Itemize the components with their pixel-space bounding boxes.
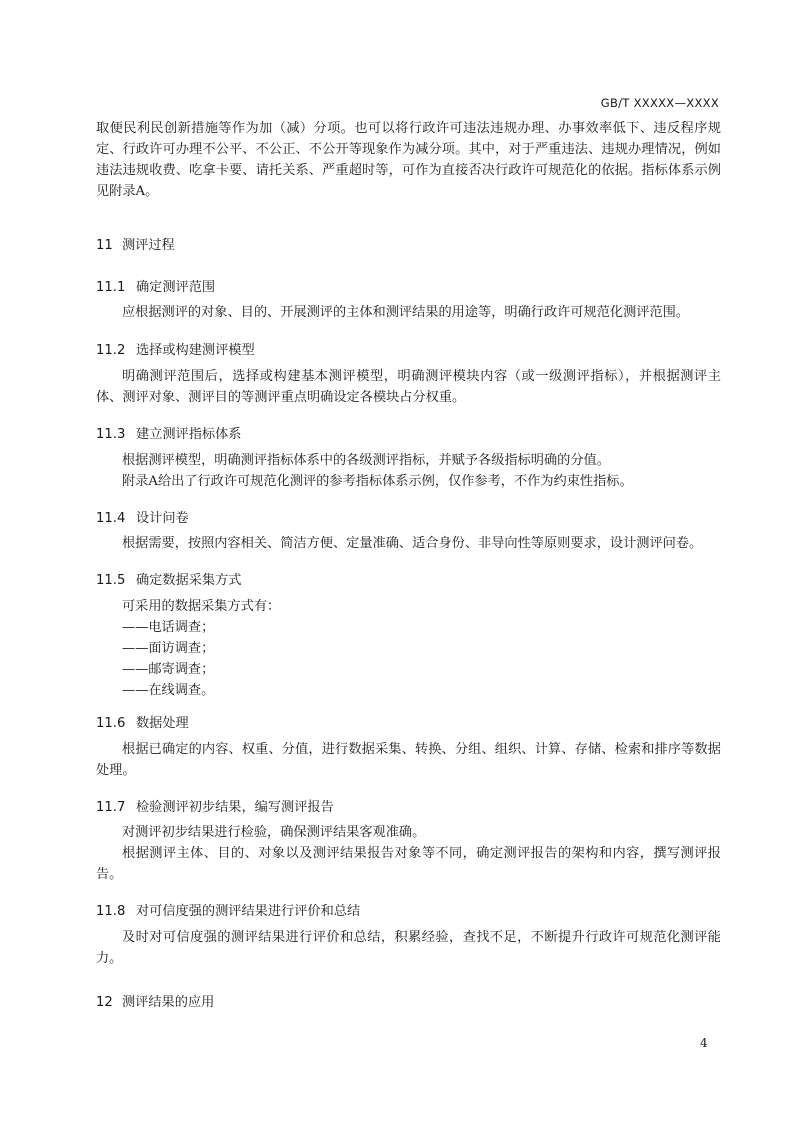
paragraph: 根据测评模型，明确测评指标体系中的各级测评指标，并赋予各级指标明确的分值。 <box>96 450 721 471</box>
heading-section-11-4: 11.4设计问卷 <box>96 507 189 526</box>
heading-section-11: 11测评过程 <box>96 234 175 253</box>
heading-section-11-1: 11.1确定测评范围 <box>96 276 215 295</box>
section-11-8-body: 及时对可信度强的测评结果进行评价和总结，积累经验，查找不足，不断提升行政许可规范… <box>96 927 721 969</box>
section-title: 确定数据采集方式 <box>136 573 242 588</box>
section-title: 检验测评初步结果，编写测评报告 <box>136 800 334 815</box>
list-item: ——电话调查； <box>96 617 721 638</box>
section-title: 测评结果的应用 <box>122 995 214 1010</box>
section-11-5-body: 可采用的数据采集方式有： ——电话调查； ——面访调查； ——邮寄调查； ——在… <box>96 596 721 701</box>
paragraph: 及时对可信度强的测评结果进行评价和总结，积累经验，查找不足，不断提升行政许可规范… <box>96 927 721 969</box>
heading-section-11-5: 11.5确定数据采集方式 <box>96 569 242 588</box>
intro-paragraph: 取便民利民创新措施等作为加（减）分项。也可以将行政许可违法违规办理、办事效率低下… <box>96 118 721 202</box>
paragraph: 根据已确定的内容、权重、分值，进行数据采集、转换、分组、组织、计算、存储、检索和… <box>96 739 721 781</box>
section-title: 数据处理 <box>136 716 189 731</box>
section-title: 设计问卷 <box>136 511 189 526</box>
section-title: 测评过程 <box>122 238 175 253</box>
list-item: ——邮寄调查； <box>96 659 721 680</box>
section-11-1-body: 应根据测评的对象、目的、开展测评的主体和测评结果的用途等，明确行政许可规范化测评… <box>96 302 721 323</box>
section-number: 11.1 <box>96 280 136 295</box>
heading-section-11-8: 11.8对可信度强的测评结果进行评价和总结 <box>96 900 360 919</box>
section-title: 建立测评指标体系 <box>136 427 242 442</box>
paragraph: 根据需要，按照内容相关、简洁方便、定量准确、适合身份、非导向性等原则要求，设计测… <box>96 533 721 554</box>
paragraph: 应根据测评的对象、目的、开展测评的主体和测评结果的用途等，明确行政许可规范化测评… <box>96 302 721 323</box>
section-11-3-body: 根据测评模型，明确测评指标体系中的各级测评指标，并赋予各级指标明确的分值。 附录… <box>96 450 721 492</box>
section-11-7-body: 对测评初步结果进行检验，确保测评结果客观准确。 根据测评主体、目的、对象以及测评… <box>96 822 721 885</box>
list-item: ——面访调查； <box>96 638 721 659</box>
heading-section-11-7: 11.7检验测评初步结果，编写测评报告 <box>96 796 334 815</box>
paragraph: 明确测评范围后，选择或构建基本测评模型，明确测评模块内容（或一级测评指标），并根… <box>96 366 721 408</box>
section-number: 11.2 <box>96 343 136 358</box>
section-number: 11 <box>96 238 122 253</box>
paragraph: 可采用的数据采集方式有： <box>96 596 721 617</box>
heading-section-11-2: 11.2选择或构建测评模型 <box>96 339 255 358</box>
section-number: 11.3 <box>96 427 136 442</box>
section-number: 11.6 <box>96 716 136 731</box>
page-number: 4 <box>700 1036 708 1050</box>
document-code-header: GB/T XXXXX—XXXX <box>601 96 719 110</box>
section-number: 11.4 <box>96 511 136 526</box>
paragraph: 对测评初步结果进行检验，确保测评结果客观准确。 <box>96 822 721 843</box>
paragraph: 附录A给出了行政许可规范化测评的参考指标体系示例，仅作参考，不作为约束性指标。 <box>96 471 721 492</box>
section-number: 11.8 <box>96 904 136 919</box>
section-title: 确定测评范围 <box>136 280 215 295</box>
list-item: ——在线调查。 <box>96 680 721 701</box>
heading-section-11-6: 11.6数据处理 <box>96 712 189 731</box>
paragraph: 根据测评主体、目的、对象以及测评结果报告对象等不同，确定测评报告的架构和内容，撰… <box>96 843 721 885</box>
section-11-4-body: 根据需要，按照内容相关、简洁方便、定量准确、适合身份、非导向性等原则要求，设计测… <box>96 533 721 554</box>
heading-section-11-3: 11.3建立测评指标体系 <box>96 423 242 442</box>
heading-section-12: 12测评结果的应用 <box>96 991 214 1010</box>
intro-paragraph-block: 取便民利民创新措施等作为加（减）分项。也可以将行政许可违法违规办理、办事效率低下… <box>96 118 721 202</box>
section-title: 对可信度强的测评结果进行评价和总结 <box>136 904 360 919</box>
section-11-2-body: 明确测评范围后，选择或构建基本测评模型，明确测评模块内容（或一级测评指标），并根… <box>96 366 721 408</box>
section-11-6-body: 根据已确定的内容、权重、分值，进行数据采集、转换、分组、组织、计算、存储、检索和… <box>96 739 721 781</box>
section-title: 选择或构建测评模型 <box>136 343 255 358</box>
section-number: 11.5 <box>96 573 136 588</box>
section-number: 11.7 <box>96 800 136 815</box>
section-number: 12 <box>96 995 122 1010</box>
